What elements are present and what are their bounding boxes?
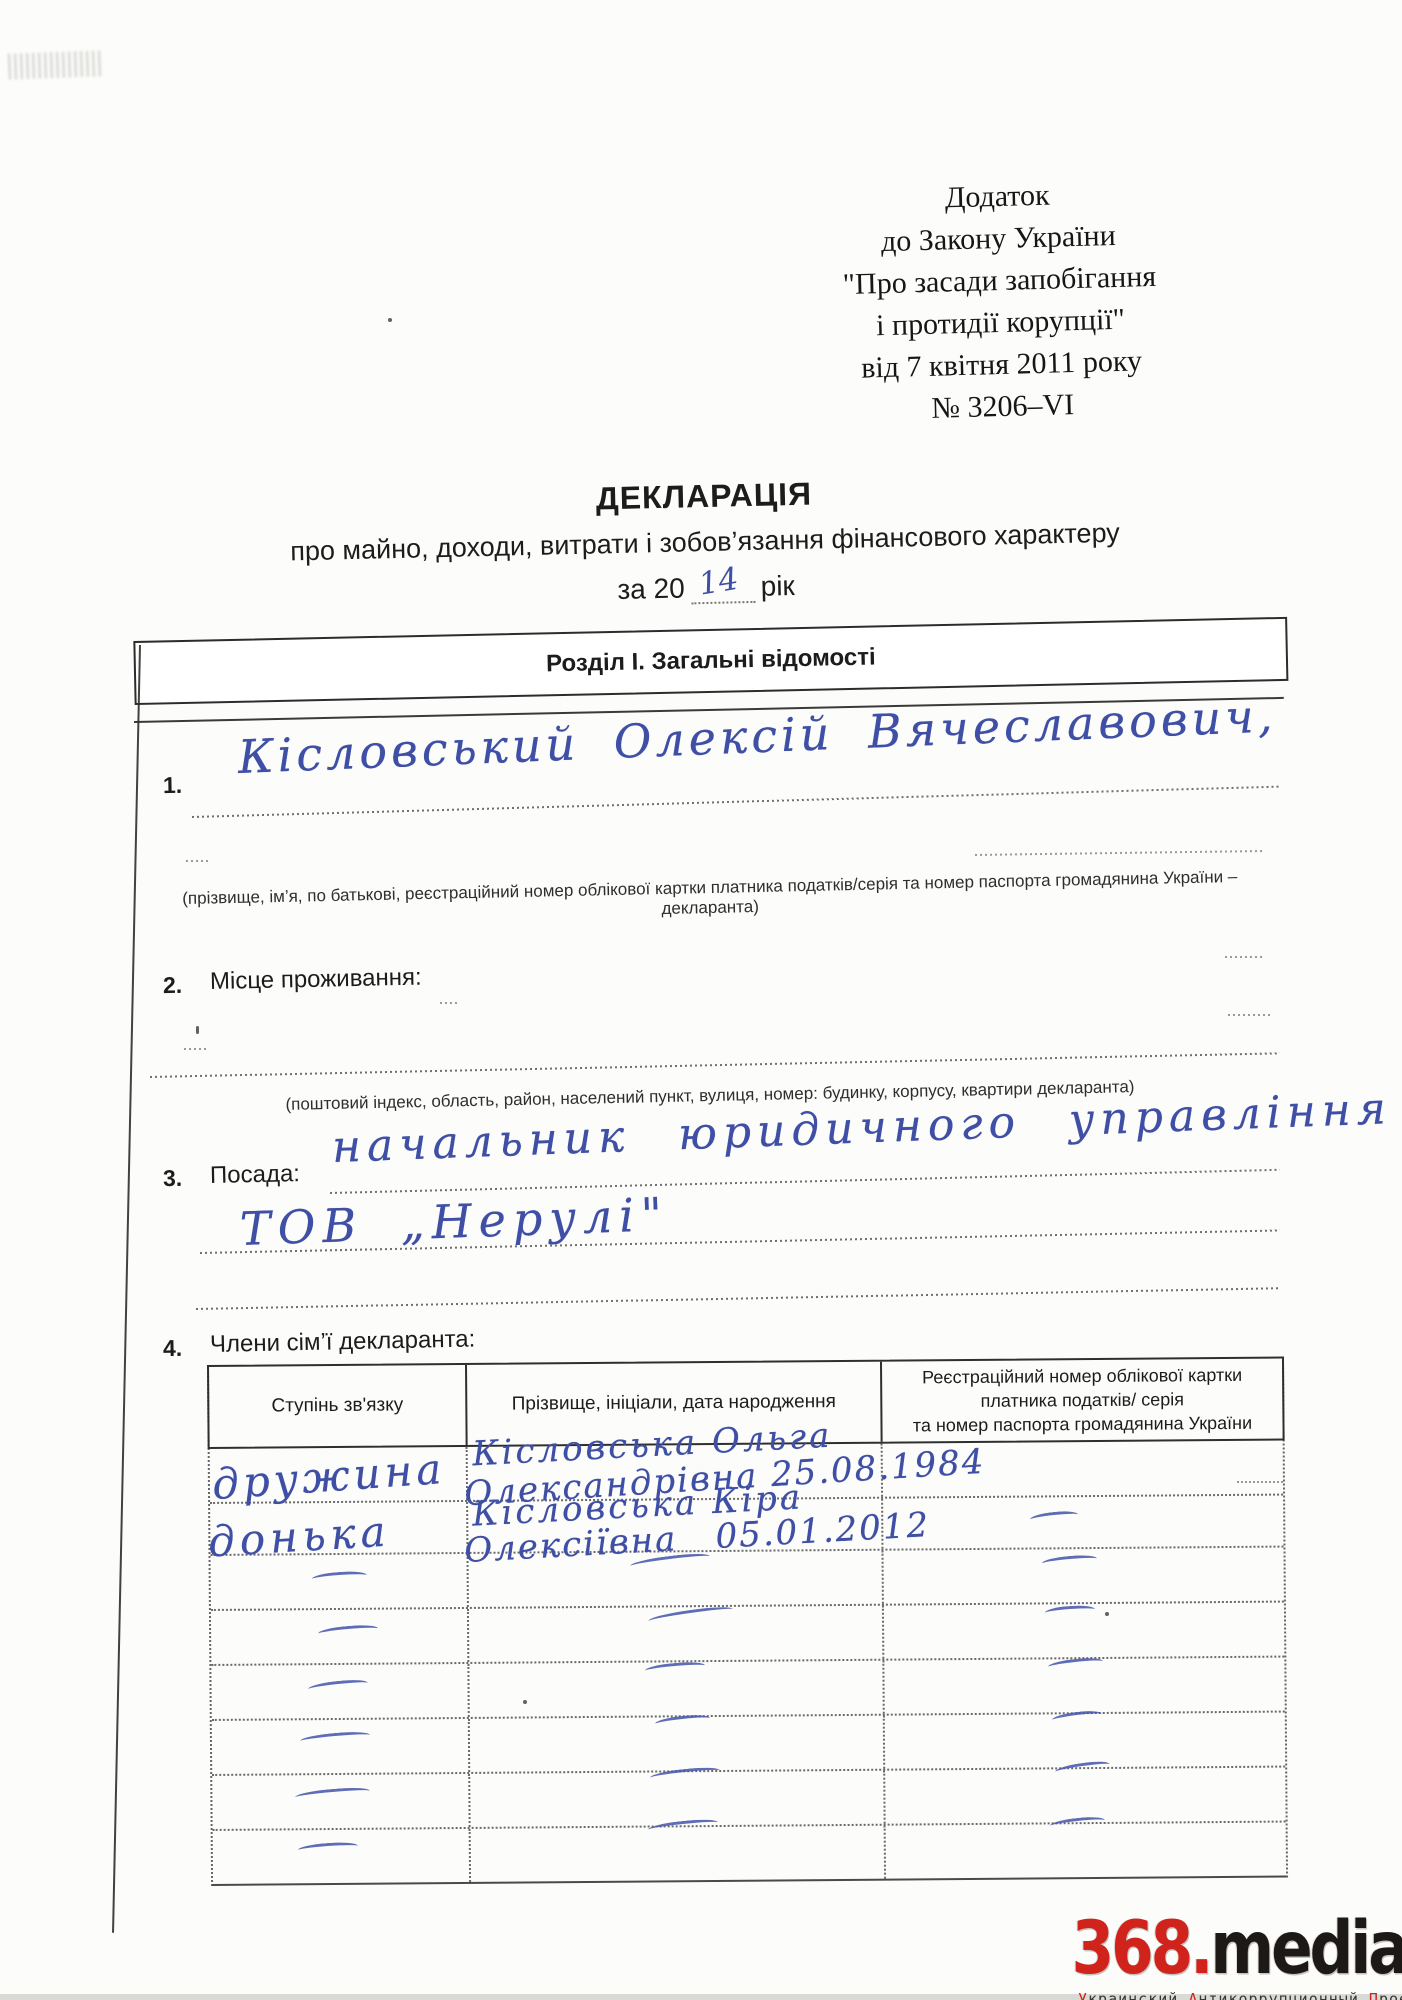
watermark-tagline: Украинский Антикоррупционный Проект xyxy=(1078,1990,1398,2000)
item-1-caption: (прізвище, ім’я, по батькові, реєстрацій… xyxy=(140,866,1281,930)
col-header-taxid-line: Реєстраційний номер облікової картки xyxy=(912,1362,1251,1389)
scanned-declaration-page: Додаток до Закону України "Про засади за… xyxy=(0,0,1402,2000)
watermark-368media: 368.media Украинский Антикоррупционный П… xyxy=(1078,1906,1398,2000)
fill-line xyxy=(330,1169,1280,1194)
dotted-fragment xyxy=(1237,1481,1283,1490)
ink-mark xyxy=(196,1026,199,1034)
fill-line xyxy=(192,786,1280,818)
scan-smudge xyxy=(8,50,105,79)
table-row xyxy=(211,1548,1284,1611)
table-row xyxy=(211,1603,1284,1666)
tagline-word: Украинский xyxy=(1078,1990,1178,2000)
fill-line-fragment xyxy=(184,1048,208,1050)
watermark-logo-dot: . xyxy=(1190,1906,1210,1991)
declaration-title-block: ДЕКЛАРАЦІЯ про майно, доходи, витрати і … xyxy=(139,465,1272,617)
watermark-logo: 368.media xyxy=(1072,1906,1398,1991)
watermark-logo-media: media xyxy=(1210,1906,1402,1991)
item-3-label: Посада: xyxy=(210,1160,301,1190)
handwritten-year: 14 xyxy=(696,561,741,603)
legal-reference-block: Додаток до Закону України "Про засади за… xyxy=(767,170,1233,434)
table-row xyxy=(211,1658,1284,1721)
year-prefix: за 20 xyxy=(617,572,685,605)
year-input-slot: 14 xyxy=(690,567,755,604)
item-4-number: 4. xyxy=(163,1335,183,1362)
item-2-label: Місце проживання: xyxy=(210,964,422,996)
fill-line-fragment xyxy=(440,1002,460,1004)
fill-line xyxy=(150,1052,1280,1078)
tagline-word: Антикоррупционный xyxy=(1188,1990,1359,2000)
item-1-number: 1. xyxy=(163,772,183,799)
section-1-header: Розділ І. Загальні відомості xyxy=(133,617,1288,705)
col-header-taxid-line: та номер паспорта громадянина України xyxy=(913,1411,1252,1438)
item-4-label: Члени сім’ї декларанта: xyxy=(210,1325,476,1359)
watermark-logo-368: 368 xyxy=(1072,1906,1191,1991)
fill-line-fragment xyxy=(1225,956,1265,958)
form-left-border xyxy=(112,645,141,1933)
item-2-number: 2. xyxy=(163,972,183,999)
tagline-word: Проект xyxy=(1369,1990,1402,2000)
handwritten-declarant-name: Кісловський Олексій Вячеславович, xyxy=(237,688,1277,784)
col-header-relation: Ступінь зв'язку xyxy=(209,1365,468,1447)
section-1-header-label: Розділ І. Загальні відомості xyxy=(546,643,876,678)
fill-line-fragment xyxy=(186,860,208,862)
fill-line xyxy=(975,850,1265,856)
table-row xyxy=(213,1823,1286,1884)
item-3-number: 3. xyxy=(163,1165,183,1192)
handwritten-employer: ТОВ „Нерулі" xyxy=(239,1187,670,1256)
table-row xyxy=(212,1713,1285,1776)
table-row xyxy=(212,1768,1285,1831)
col-header-taxid-line: платника податків/ серія xyxy=(913,1387,1252,1414)
ink-dot xyxy=(388,318,392,322)
col-header-taxid: Реєстраційний номер облікової картки пла… xyxy=(882,1359,1283,1442)
fill-line xyxy=(196,1287,1280,1310)
fill-line-fragment xyxy=(1228,1014,1270,1016)
year-suffix: рік xyxy=(760,570,795,602)
